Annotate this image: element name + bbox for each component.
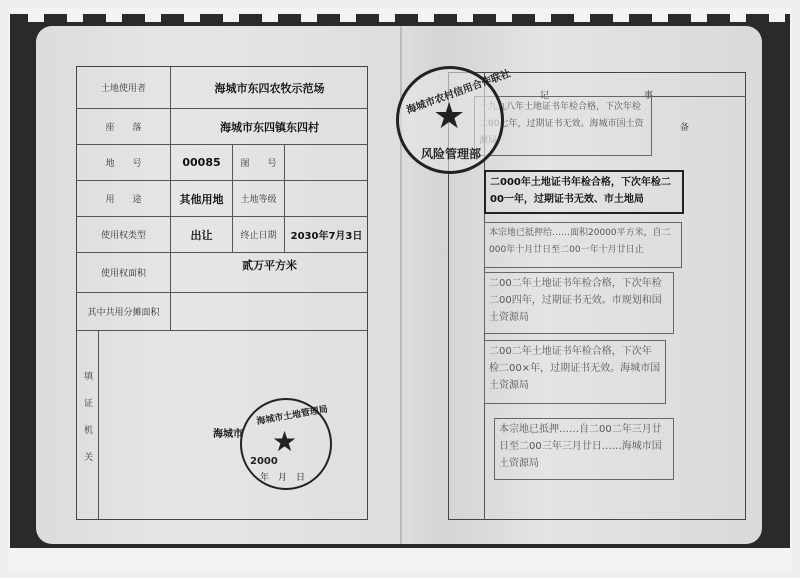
perforation [28, 14, 44, 22]
perforation [262, 14, 278, 22]
record-entry-4: 二00二年土地证书年检合格，下次年检二00四年，过期证书无效。市规划和国土资源局 [484, 272, 674, 334]
seal-date-text: 年 月 日 [260, 470, 305, 483]
perforation [379, 14, 395, 22]
issuer-label-cell: 填证机关 [77, 331, 99, 519]
value-land-grade [285, 181, 368, 217]
issuer-label: 填证机关 [81, 371, 94, 479]
value-use-area: 贰万平方米 [171, 253, 368, 293]
value-map-number [285, 145, 368, 181]
perforation [496, 14, 512, 22]
perforation [340, 14, 356, 22]
value-purpose: 其他用地 [171, 181, 233, 217]
label-location: 座 落 [77, 109, 171, 145]
label-purpose: 用 途 [77, 181, 171, 217]
value-land-user: 海城市东四农牧示范场 [171, 67, 368, 109]
issuer-text: 海城市 [213, 425, 243, 440]
perforation [691, 14, 707, 22]
perforation [574, 14, 590, 22]
perforation [769, 14, 785, 22]
header-bei: 备 [680, 120, 689, 133]
label-lot-number: 地 号 [77, 145, 171, 181]
value-lot-number: 00085 [171, 145, 233, 181]
perforation [67, 14, 83, 22]
film-perforations [10, 14, 790, 22]
seal-text: 海城市土地管理局 [255, 402, 328, 427]
label-land-grade: 土地等级 [233, 181, 285, 217]
seal-date-year: 2000 [250, 456, 278, 467]
perforation [145, 14, 161, 22]
perforation [418, 14, 434, 22]
land-bureau-seal: ★ 海城市土地管理局 2000 年 月 日 [240, 398, 332, 490]
value-shared-area [171, 293, 368, 331]
label-right-type: 使用权类型 [77, 217, 171, 253]
label-map-number: 图 号 [233, 145, 285, 181]
record-entry-6: 本宗地已抵押……自二00二年三月廿日至二00三年三月廿日……海城市国土资源局 [494, 418, 674, 480]
record-entry-2: 二000年土地证书年检合格，下次年检二00一年，过期证书无效、市土地局 [484, 170, 684, 214]
label-end-date: 终止日期 [233, 217, 285, 253]
value-end-date: 2030年7月3日 [285, 217, 368, 253]
seal-bottom-text: 风险管理部 [421, 145, 481, 162]
label-shared-area: 其中共用分摊面积 [77, 293, 171, 331]
label-use-area: 使用权面积 [77, 253, 171, 293]
perforation [184, 14, 200, 22]
perforation [223, 14, 239, 22]
perforation [457, 14, 473, 22]
label-land-user: 土地使用者 [77, 67, 171, 109]
perforation [652, 14, 668, 22]
perforation [106, 14, 122, 22]
record-entry-5: 二00二年土地证书年检合格，下次年检二00×年，过期证书无效。海城市国土资源局 [484, 340, 666, 404]
star-icon: ★ [272, 428, 297, 456]
perforation [730, 14, 746, 22]
perforation [535, 14, 551, 22]
perforation [301, 14, 317, 22]
credit-union-seal: ★ 海城市农村信用合作联社 风险管理部 [396, 66, 504, 174]
value-location: 海城市东四镇东四村 [171, 109, 368, 145]
value-right-type: 出让 [171, 217, 233, 253]
perforation [613, 14, 629, 22]
record-entry-3: 本宗地已抵押给……面积20000平方米，自二000年十月廿日至二00一年十月廿日… [484, 222, 682, 268]
